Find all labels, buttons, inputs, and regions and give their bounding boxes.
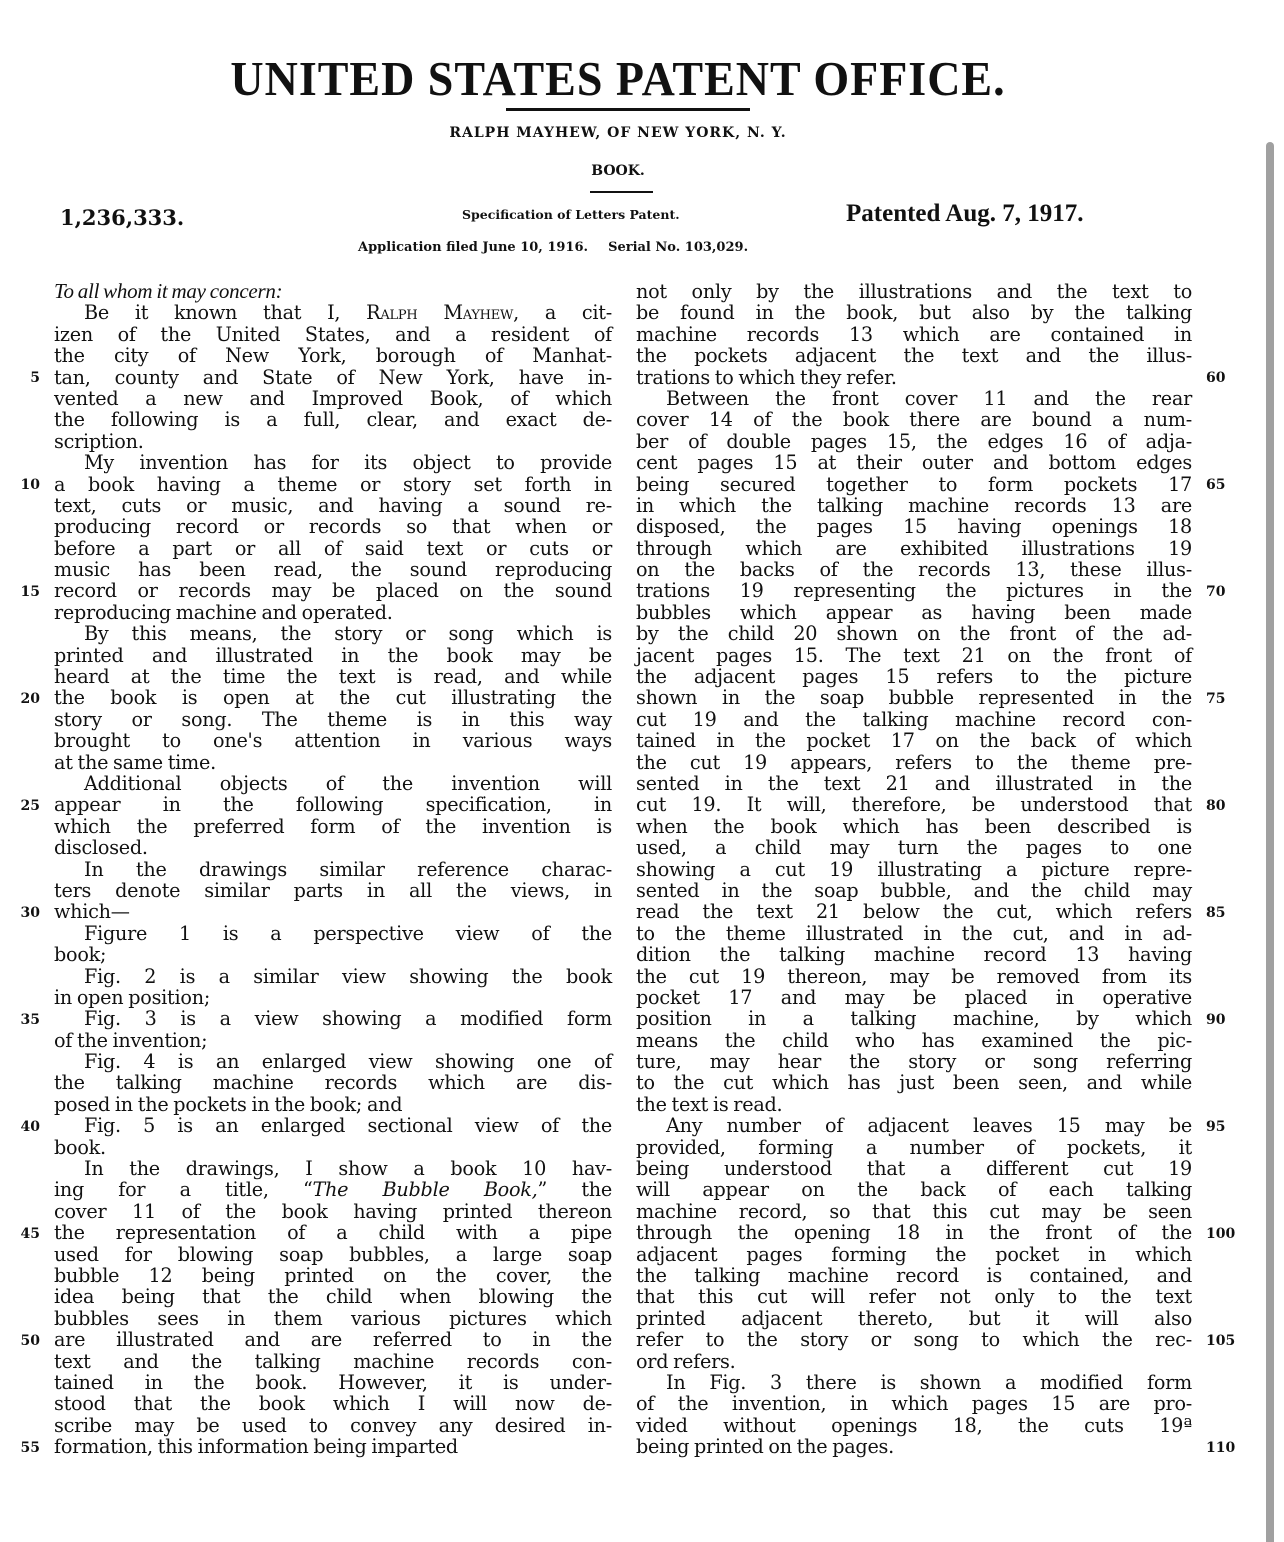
text-line: being understood that a different cut 19: [636, 1158, 1192, 1179]
text-line: tained in the book. However, it is under…: [54, 1372, 612, 1393]
text-line: will appear on the back of each talking: [636, 1179, 1192, 1200]
text-line: at the same time.: [54, 752, 612, 773]
text-line: of the invention;: [54, 1030, 612, 1051]
text-line: scribe may be used to convey any desired…: [54, 1415, 612, 1436]
text-line: sented in the text 21 and illustrated in…: [636, 773, 1192, 794]
text-line: stood that the book which I will now de-: [54, 1393, 612, 1414]
text-line: position in a talking machine, by which: [636, 1008, 1192, 1029]
text-line: on the backs of the records 13, these il…: [636, 559, 1192, 580]
text-line: the representation of a child with a pip…: [54, 1222, 612, 1243]
line-number: 100: [1206, 1226, 1235, 1242]
line-number: 75: [1206, 691, 1225, 707]
text-line: dition the talking machine record 13 hav…: [636, 944, 1192, 965]
text-line: trations 19 representing the pictures in…: [636, 580, 1192, 601]
text-line: the pockets adjacent the text and the il…: [636, 345, 1192, 366]
text-line: tan, county and State of New York, have …: [54, 367, 612, 388]
text-line: showing a cut 19 illustrating a picture …: [636, 859, 1192, 880]
text-line: in which the talking machine records 13 …: [636, 495, 1192, 516]
application-line: Application filed June 10, 1916.Serial N…: [358, 240, 748, 255]
text-line: of the invention, in which pages 15 are …: [636, 1393, 1192, 1414]
text-line: book.: [54, 1137, 612, 1158]
text-line: bubble 12 being printed on the cover, th…: [54, 1265, 612, 1286]
line-number: 80: [1206, 798, 1225, 814]
line-number: 5: [0, 370, 40, 386]
text-line: to the cut which has just been seen, and…: [636, 1072, 1192, 1093]
text-line: reproducing machine and operated.: [54, 602, 612, 623]
text-line: being printed on the pages.: [636, 1436, 1192, 1457]
text-line: not only by the illustrations and the te…: [636, 281, 1192, 302]
line-number: 105: [1206, 1333, 1235, 1349]
text-line: pocket 17 and may be placed in operative: [636, 987, 1192, 1008]
line-number: 60: [1206, 370, 1225, 386]
text-line: heard at the time the text is read, and …: [54, 666, 612, 687]
text-line: music has been read, the sound reproduci…: [54, 559, 612, 580]
text-line: ord refers.: [636, 1351, 1192, 1372]
line-number: 45: [0, 1226, 40, 1242]
text-line: book;: [54, 944, 612, 965]
line-number: 20: [0, 691, 40, 707]
text-line: Between the front cover 11 and the rear: [636, 388, 1192, 409]
text-line: izen of the United States, and a residen…: [54, 324, 612, 345]
line-number: 25: [0, 798, 40, 814]
line-number: 70: [1206, 584, 1225, 600]
text-line: cover 11 of the book having printed ther…: [54, 1201, 612, 1222]
text-line: vented a new and Improved Book, of which: [54, 388, 612, 409]
text-line: being secured together to form pockets 1…: [636, 474, 1192, 495]
text-line: shown in the soap bubble represented in …: [636, 687, 1192, 708]
text-line: by the child 20 shown on the front of th…: [636, 623, 1192, 644]
text-line: that this cut will refer not only to the…: [636, 1286, 1192, 1307]
text-line: brought to one's attention in various wa…: [54, 730, 612, 751]
text-line: text and the talking machine records con…: [54, 1351, 612, 1372]
subject-title: BOOK.: [0, 163, 1236, 179]
title-rule: [506, 108, 750, 111]
text-line: provided, forming a number of pockets, i…: [636, 1137, 1192, 1158]
text-line: Fig. 4 is an enlarged view showing one o…: [54, 1051, 612, 1072]
text-line: In the drawings similar reference charac…: [54, 859, 612, 880]
line-number: 85: [1206, 905, 1225, 921]
text-line: In Fig. 3 there is shown a modified form: [636, 1372, 1192, 1393]
text-line: My invention has for its object to provi…: [54, 452, 612, 473]
text-line: cent pages 15 at their outer and bottom …: [636, 452, 1192, 473]
text-line: bubbles sees in them various pictures wh…: [54, 1308, 612, 1329]
text-line: story or song. The theme is in this way: [54, 709, 612, 730]
line-number: 15: [0, 584, 40, 600]
text-line: the talking machine records which are di…: [54, 1072, 612, 1093]
text-line: text, cuts or music, and having a sound …: [54, 495, 612, 516]
text-line: the cut 19 appears, refers to the theme …: [636, 752, 1192, 773]
text-line: sented in the soap bubble, and the child…: [636, 880, 1192, 901]
text-line: Any number of adjacent leaves 15 may be: [636, 1115, 1192, 1136]
text-line: posed in the pockets in the book; and: [54, 1094, 612, 1115]
text-line: through the opening 18 in the front of t…: [636, 1222, 1192, 1243]
text-line: in open position;: [54, 987, 612, 1008]
text-line: refer to the story or song to which the …: [636, 1329, 1192, 1350]
text-line: Additional objects of the invention will: [54, 773, 612, 794]
text-line: Fig. 5 is an enlarged sectional view of …: [54, 1115, 612, 1136]
text-line: are illustrated and are referred to in t…: [54, 1329, 612, 1350]
text-line: the book is open at the cut illustrating…: [54, 687, 612, 708]
text-line: when the book which has been described i…: [636, 816, 1192, 837]
text-line: To all whom it may concern:: [54, 281, 612, 302]
patented-date: Patented Aug. 7, 1917.: [846, 200, 1084, 228]
text-line: In the drawings, I show a book 10 hav-: [54, 1158, 612, 1179]
text-line: before a part or all of said text or cut…: [54, 538, 612, 559]
line-number: 10: [0, 477, 40, 493]
inventor-line: RALPH MAYHEW, OF NEW YORK, N. Y.: [0, 125, 1236, 141]
text-line: which—: [54, 901, 612, 922]
text-line: record or records may be placed on the s…: [54, 580, 612, 601]
text-line: trations to which they refer.: [636, 367, 1192, 388]
text-line: the text is read.: [636, 1094, 1192, 1115]
application-filed: Application filed June 10, 1916.: [358, 240, 588, 255]
text-line: ber of double pages 15, the edges 16 of …: [636, 431, 1192, 452]
text-line: bubbles which appear as having been made: [636, 602, 1192, 623]
line-number: 35: [0, 1012, 40, 1028]
text-line: machine record, so that this cut may be …: [636, 1201, 1192, 1222]
text-line: vided without openings 18, the cuts 19ª: [636, 1415, 1192, 1436]
text-line: to the theme illustrated in the cut, and…: [636, 923, 1192, 944]
text-line: the following is a full, clear, and exac…: [54, 409, 612, 430]
patent-number: 1,236,333.: [60, 205, 184, 230]
line-number: 30: [0, 905, 40, 921]
text-line: Fig. 3 is a view showing a modified form: [54, 1008, 612, 1029]
text-line: which the preferred form of the inventio…: [54, 816, 612, 837]
text-line: scription.: [54, 431, 612, 452]
text-line: cut 19 and the talking machine record co…: [636, 709, 1192, 730]
text-line: used for blowing soap bubbles, a large s…: [54, 1244, 612, 1265]
text-line: the city of New York, borough of Manhat-: [54, 345, 612, 366]
text-line: printed adjacent thereto, but it will al…: [636, 1308, 1192, 1329]
text-line: tained in the pocket 17 on the back of w…: [636, 730, 1192, 751]
text-line: means the child who has examined the pic…: [636, 1030, 1192, 1051]
text-line: ing for a title, “The Bubble Book,” the: [54, 1179, 612, 1200]
vertical-scrollbar[interactable]: [1266, 142, 1274, 1542]
line-number: 50: [0, 1333, 40, 1349]
office-title: UNITED STATES PATENT OFFICE.: [0, 51, 1236, 107]
text-line: Fig. 2 is a similar view showing the boo…: [54, 966, 612, 987]
text-line: cut 19. It will, therefore, be understoo…: [636, 794, 1192, 815]
text-line: printed and illustrated in the book may …: [54, 645, 612, 666]
text-line: producing record or records so that when…: [54, 516, 612, 537]
line-number: 40: [0, 1119, 40, 1135]
text-line: the adjacent pages 15 refers to the pict…: [636, 666, 1192, 687]
text-line: machine records 13 which are contained i…: [636, 324, 1192, 345]
text-line: through which are exhibited illustration…: [636, 538, 1192, 559]
text-line: appear in the following specification, i…: [54, 794, 612, 815]
text-line: disposed, the pages 15 having openings 1…: [636, 516, 1192, 537]
line-number: 95: [1206, 1119, 1225, 1135]
text-line: be found in the book, but also by the ta…: [636, 302, 1192, 323]
text-line: idea being that the child when blowing t…: [54, 1286, 612, 1307]
line-number: 90: [1206, 1012, 1225, 1028]
text-line: Be it known that I, Ralph Mayhew, a cit-: [54, 302, 612, 323]
left-text-column: To all whom it may concern:Be it known t…: [54, 281, 612, 1457]
line-number: 55: [0, 1440, 40, 1456]
spec-label: Specification of Letters Patent.: [462, 207, 680, 222]
text-line: Figure 1 is a perspective view of the: [54, 923, 612, 944]
text-line: jacent pages 15. The text 21 on the fron…: [636, 645, 1192, 666]
text-line: By this means, the story or song which i…: [54, 623, 612, 644]
text-line: used, a child may turn the pages to one: [636, 837, 1192, 858]
text-line: cover 14 of the book there are bound a n…: [636, 409, 1192, 430]
subject-rule: [590, 191, 653, 193]
line-number: 110: [1206, 1440, 1235, 1456]
line-number: 65: [1206, 477, 1225, 493]
text-line: the talking machine record is contained,…: [636, 1265, 1192, 1286]
text-line: formation, this information being impart…: [54, 1436, 612, 1457]
text-line: ture, may hear the story or song referri…: [636, 1051, 1192, 1072]
text-line: a book having a theme or story set forth…: [54, 474, 612, 495]
right-text-column: not only by the illustrations and the te…: [636, 281, 1192, 1457]
text-line: disclosed.: [54, 837, 612, 858]
serial-number: Serial No. 103,029.: [608, 240, 748, 255]
text-line: ters denote similar parts in all the vie…: [54, 880, 612, 901]
text-line: read the text 21 below the cut, which re…: [636, 901, 1192, 922]
text-line: adjacent pages forming the pocket in whi…: [636, 1244, 1192, 1265]
text-line: the cut 19 thereon, may be removed from …: [636, 966, 1192, 987]
